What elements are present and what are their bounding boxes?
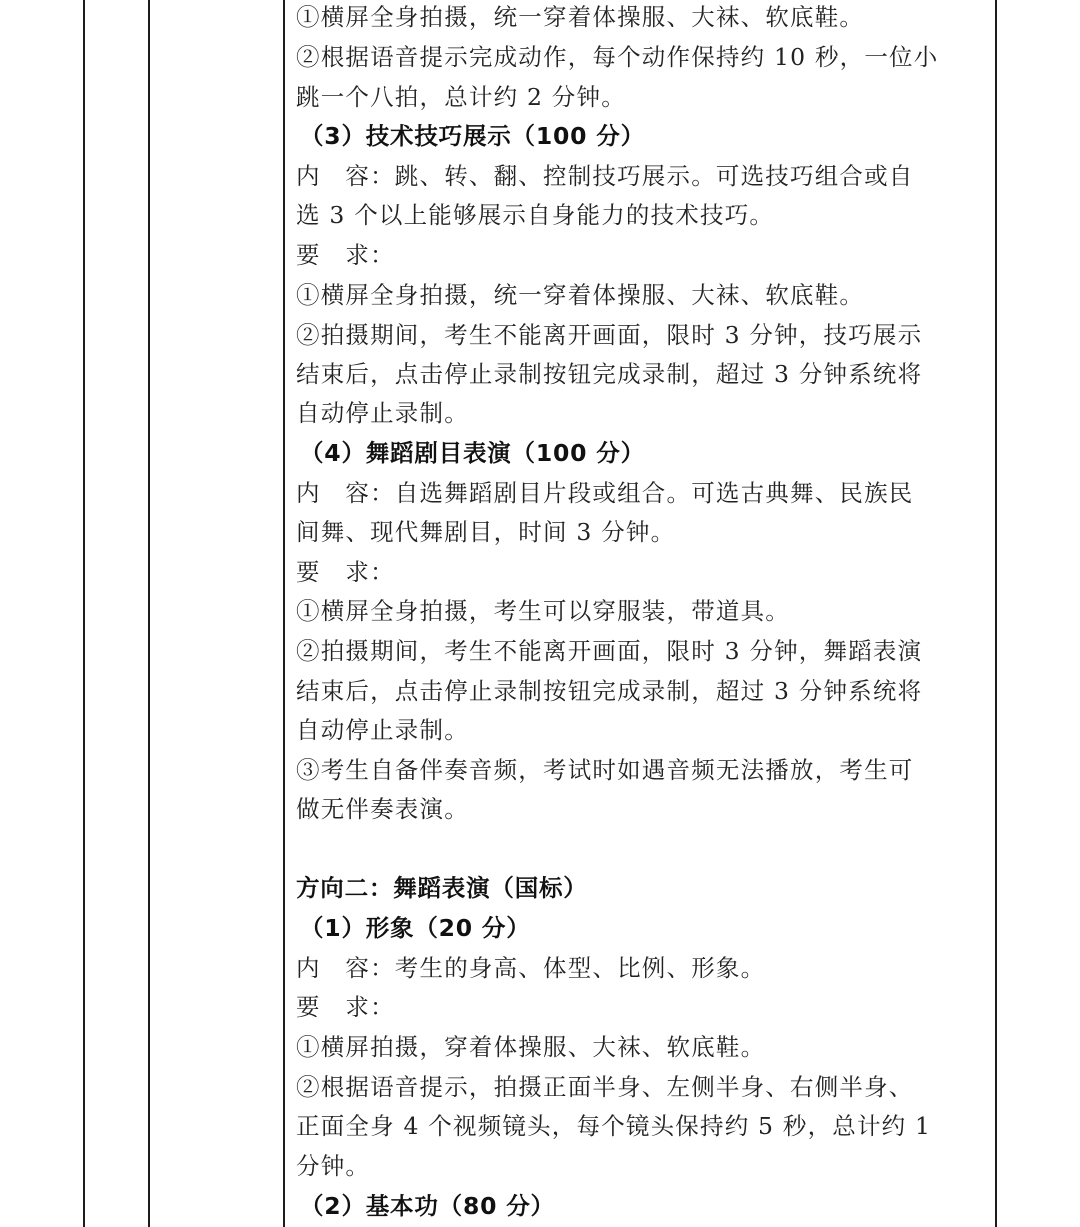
line-26: ①横屏拍摄，穿着体操服、大袜、软底鞋。 <box>296 1028 765 1068</box>
line-9: ②拍摄期间，考生不能离开画面，限时 3 分钟，技巧展示 <box>296 316 922 356</box>
table-divider-2 <box>283 0 285 1227</box>
line-6: 选 3 个以上能够展示自身能力的技术技巧。 <box>296 196 774 236</box>
line-25: 要 求： <box>296 988 395 1028</box>
line-1: ①横屏全身拍摄，统一穿着体操服、大袜、软底鞋。 <box>296 0 864 38</box>
subsection-heading-1: （1）形象（20 分） <box>300 909 531 949</box>
line-15: 要 求： <box>296 553 395 593</box>
line-13: 内 容：自选舞蹈剧目片段或组合。可选古典舞、民族民 <box>296 474 914 514</box>
subsection-heading-4: （4）舞蹈剧目表演（100 分） <box>300 434 645 474</box>
line-8: ①横屏全身拍摄，统一穿着体操服、大袜、软底鞋。 <box>296 276 864 316</box>
line-14: 间舞、现代舞剧目，时间 3 分钟。 <box>296 513 675 553</box>
table-cell-col2 <box>150 0 283 1227</box>
line-29: 分钟。 <box>296 1147 370 1187</box>
subsection-heading-2: （2）基本功（80 分） <box>300 1187 555 1227</box>
line-28: 正面全身 4 个视频镜头，每个镜头保持约 5 秒，总计约 1 <box>296 1107 931 1147</box>
table-cell-col1 <box>85 0 148 1227</box>
line-24: 内 容：考生的身高、体型、比例、形象。 <box>296 949 765 989</box>
line-2: ②根据语音提示完成动作，每个动作保持约 10 秒，一位小 <box>296 38 938 78</box>
line-7: 要 求： <box>296 236 395 276</box>
line-18: 结束后，点击停止录制按钮完成录制，超过 3 分钟系统将 <box>296 672 922 712</box>
line-19: 自动停止录制。 <box>296 711 469 751</box>
line-27: ②根据语音提示，拍摄正面半身、左侧半身、右侧半身、 <box>296 1068 914 1108</box>
table-border-right <box>995 0 997 1227</box>
line-21: 做无伴奏表演。 <box>296 790 469 830</box>
subsection-heading-3: （3）技术技巧展示（100 分） <box>300 117 645 157</box>
section-heading-direction-2: 方向二：舞蹈表演（国标） <box>296 869 588 909</box>
line-16: ①横屏全身拍摄，考生可以穿服装，带道具。 <box>296 592 790 632</box>
line-20: ③考生自备伴奏音频，考试时如遇音频无法播放，考生可 <box>296 751 914 791</box>
line-5: 内 容：跳、转、翻、控制技巧展示。可选技巧组合或自 <box>296 157 914 197</box>
line-11: 自动停止录制。 <box>296 394 469 434</box>
line-10: 结束后，点击停止录制按钮完成录制，超过 3 分钟系统将 <box>296 355 922 395</box>
line-3: 跳一个八拍，总计约 2 分钟。 <box>296 78 626 118</box>
line-17: ②拍摄期间，考生不能离开画面，限时 3 分钟，舞蹈表演 <box>296 632 922 672</box>
